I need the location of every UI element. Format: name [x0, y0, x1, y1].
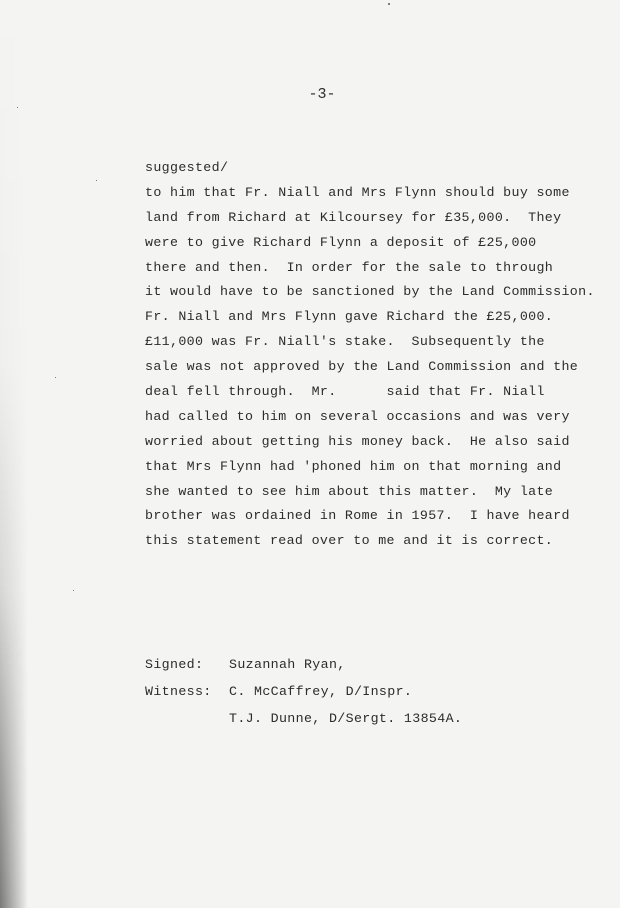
- scan-speck: [388, 3, 390, 5]
- witness-row-2: T.J. Dunne, D/Sergt. 13854A.: [145, 705, 462, 732]
- body-line: to him that Fr. Niall and Mrs Flynn shou…: [145, 181, 605, 206]
- witness-1: C. McCaffrey, D/Inspr.: [229, 678, 412, 705]
- body-line: this statement read over to me and it is…: [145, 529, 605, 554]
- body-line: had called to him on several occasions a…: [145, 405, 605, 430]
- body-line: worried about getting his money back. He…: [145, 430, 605, 455]
- page-number: -3-: [0, 86, 620, 103]
- body-line: she wanted to see him about this matter.…: [145, 480, 605, 505]
- body-line: £11,000 was Fr. Niall's stake. Subsequen…: [145, 330, 605, 355]
- body-line: there and then. In order for the sale to…: [145, 256, 605, 281]
- body-line: Fr. Niall and Mrs Flynn gave Richard the…: [145, 305, 605, 330]
- scan-edge-shadow: [0, 0, 28, 908]
- witness-2: T.J. Dunne, D/Sergt. 13854A.: [229, 705, 462, 732]
- document-page: -3- suggested/ to him that Fr. Niall and…: [0, 0, 620, 908]
- scan-speck: [17, 107, 18, 108]
- body-line: sale was not approved by the Land Commis…: [145, 355, 605, 380]
- signatory-name: Suzannah Ryan,: [229, 651, 346, 678]
- body-line: that Mrs Flynn had 'phoned him on that m…: [145, 455, 605, 480]
- statement-body: suggested/ to him that Fr. Niall and Mrs…: [145, 156, 605, 554]
- signature-block: Signed: Suzannah Ryan, Witness: C. McCaf…: [145, 651, 462, 732]
- scan-speck: [55, 377, 56, 378]
- witness-row: Witness: C. McCaffrey, D/Inspr.: [145, 678, 462, 705]
- scan-speck: [96, 180, 97, 181]
- witness-label-spacer: [145, 705, 229, 732]
- body-line: it would have to be sanctioned by the La…: [145, 280, 605, 305]
- body-line: land from Richard at Kilcoursey for £35,…: [145, 206, 605, 231]
- body-line: brother was ordained in Rome in 1957. I …: [145, 504, 605, 529]
- scan-speck: [73, 590, 74, 591]
- body-line: suggested/: [145, 156, 605, 181]
- signed-label: Signed:: [145, 651, 229, 678]
- body-line: were to give Richard Flynn a deposit of …: [145, 231, 605, 256]
- body-line: deal fell through. Mr. said that Fr. Nia…: [145, 380, 605, 405]
- signed-row: Signed: Suzannah Ryan,: [145, 651, 462, 678]
- witness-label: Witness:: [145, 678, 229, 705]
